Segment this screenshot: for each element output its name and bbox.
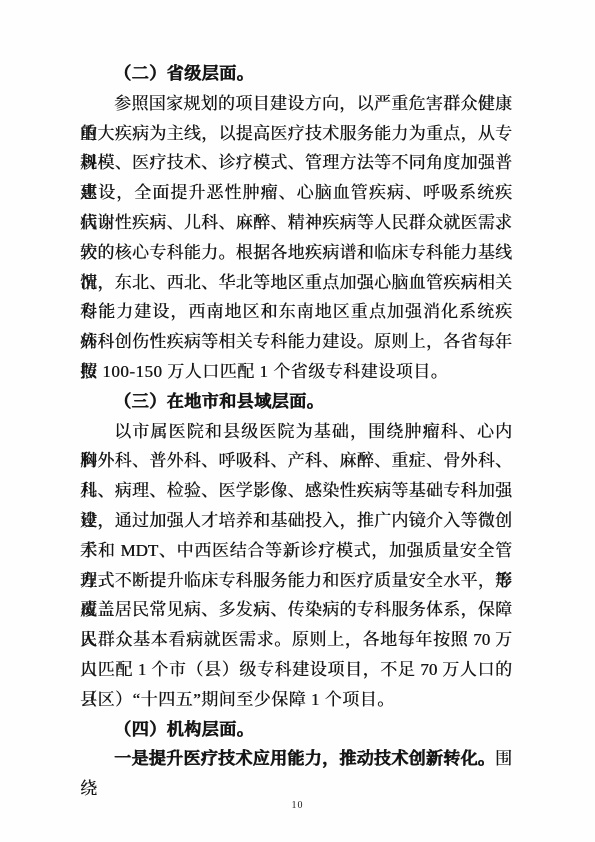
- paragraph-line: （区）“十四五”期间至少保障 1 个项目。: [80, 685, 512, 715]
- paragraph-line: 民群众基本看病就医需求。原则上，各地每年按照 70 万人: [80, 625, 512, 655]
- paragraph-line: 口匹配 1 个市（县）级专科建设项目，不足 70 万人口的县: [80, 655, 512, 685]
- paragraph-line: 代谢性疾病、儿科、麻醉、精神疾病等人民群众就医需求较: [80, 208, 512, 238]
- paragraph-line: 以市属医院和县级医院为基础，围绕肿瘤科、心内科、: [80, 417, 512, 447]
- paragraph-line: 建设，全面提升恶性肿瘤、心脑血管疾病、呼吸系统疾病、: [80, 178, 512, 208]
- page-number: 10: [0, 800, 595, 811]
- section-heading-4: （四）机构层面。: [80, 715, 512, 745]
- paragraph-line: 重大疾病为主线，以提高医疗技术服务能力为重点，从专科: [80, 119, 512, 149]
- paragraph-line: 照 100-150 万人口匹配 1 个省级专科建设项目。: [80, 357, 512, 387]
- paragraph-line: 科能力建设，西南地区和东南地区重点加强消化系统疾病、: [80, 297, 512, 327]
- bold-lead-in: 一是提升医疗技术应用能力，推动技术创新转化。: [114, 749, 495, 768]
- paragraph-line: 覆盖居民常见病、多发病、传染病的专科服务体系，保障人: [80, 595, 512, 625]
- paragraph-line: 大的核心专科能力。根据各地疾病谱和临床专科能力基线情: [80, 238, 512, 268]
- section-heading-2: （二）省级层面。: [80, 59, 512, 89]
- paragraph-line: 规模、医疗技术、诊疗模式、管理方法等不同角度加强普惠: [80, 148, 512, 178]
- paragraph-line: 参照国家规划的项目建设方向，以严重危害群众健康的: [80, 89, 512, 119]
- paragraph-line: 胸外科、普外科、呼吸科、产科、麻醉、重症、骨外科、儿: [80, 446, 512, 476]
- section-heading-3: （三）在地市和县域层面。: [80, 387, 512, 417]
- paragraph-line: 方式不断提升临床专科服务能力和医疗质量安全水平，形成: [80, 566, 512, 596]
- paragraph-line: 术和 MDT、中西医结合等新诊疗模式，加强质量安全管理等: [80, 536, 512, 566]
- paragraph-line: 况，东北、西北、华北等地区重点加强心脑血管疾病相关专: [80, 268, 512, 298]
- paragraph-line-mixed: 一是提升医疗技术应用能力，推动技术创新转化。围绕: [80, 744, 512, 774]
- paragraph-line: 科、病理、检验、医学影像、感染性疾病等基础专科加强建: [80, 476, 512, 506]
- document-body: （二）省级层面。 参照国家规划的项目建设方向，以严重危害群众健康的 重大疾病为主…: [80, 59, 512, 774]
- paragraph-line: 外科创伤性疾病等相关专科能力建设。原则上，各省每年按: [80, 327, 512, 357]
- document-page: （二）省级层面。 参照国家规划的项目建设方向，以严重危害群众健康的 重大疾病为主…: [0, 0, 595, 842]
- paragraph-line: 设，通过加强人才培养和基础投入，推广内镜介入等微创手: [80, 506, 512, 536]
